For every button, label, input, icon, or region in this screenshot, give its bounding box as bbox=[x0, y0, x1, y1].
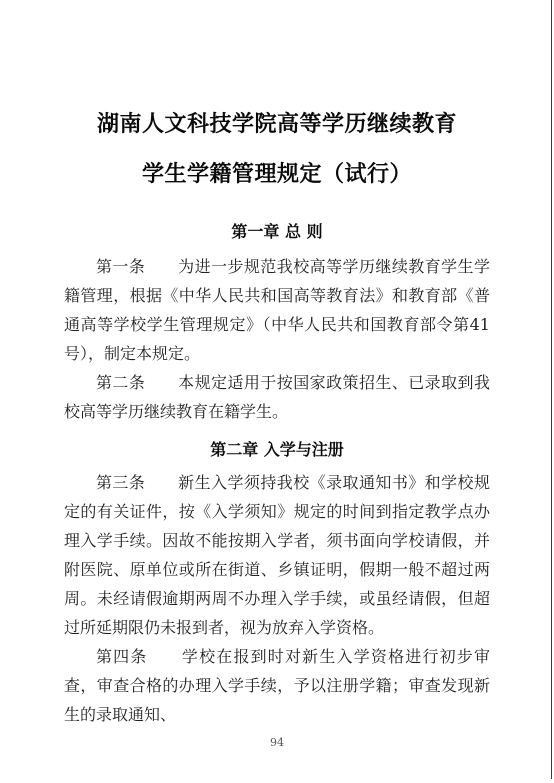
scan-edge-line bbox=[551, 0, 553, 779]
page-number: 94 bbox=[0, 736, 554, 749]
chapter-2-heading: 第二章 入学与注册 bbox=[64, 440, 490, 460]
document-title: 湖南人文科技学院高等学历继续教育 学生学籍管理规定（试行） bbox=[64, 100, 490, 200]
article-1-paragraph: 第一条 为进一步规范我校高等学历继续教育学生学籍管理，根据《中华人民共和国高等教… bbox=[64, 252, 490, 368]
article-3-paragraph: 第三条 新生入学须持我校《录取通知书》和学校规定的有关证件，按《入学须知》规定的… bbox=[64, 468, 490, 642]
document-title-line1: 湖南人文科技学院高等学历继续教育 bbox=[64, 100, 490, 150]
document-content: 湖南人文科技学院高等学历继续教育 学生学籍管理规定（试行） 第一章 总 则 第一… bbox=[64, 0, 490, 729]
document-page: 湖南人文科技学院高等学历继续教育 学生学籍管理规定（试行） 第一章 总 则 第一… bbox=[0, 0, 554, 783]
article-4-paragraph: 第四条 学校在报到时对新生入学资格进行初步审查，审查合格的办理入学手续，予以注册… bbox=[64, 642, 490, 729]
document-title-line2: 学生学籍管理规定（试行） bbox=[64, 150, 490, 200]
chapter-1-heading: 第一章 总 则 bbox=[64, 222, 490, 242]
article-2-paragraph: 第二条 本规定适用于按国家政策招生、已录取到我校高等学历继续教育在籍学生。 bbox=[64, 368, 490, 426]
